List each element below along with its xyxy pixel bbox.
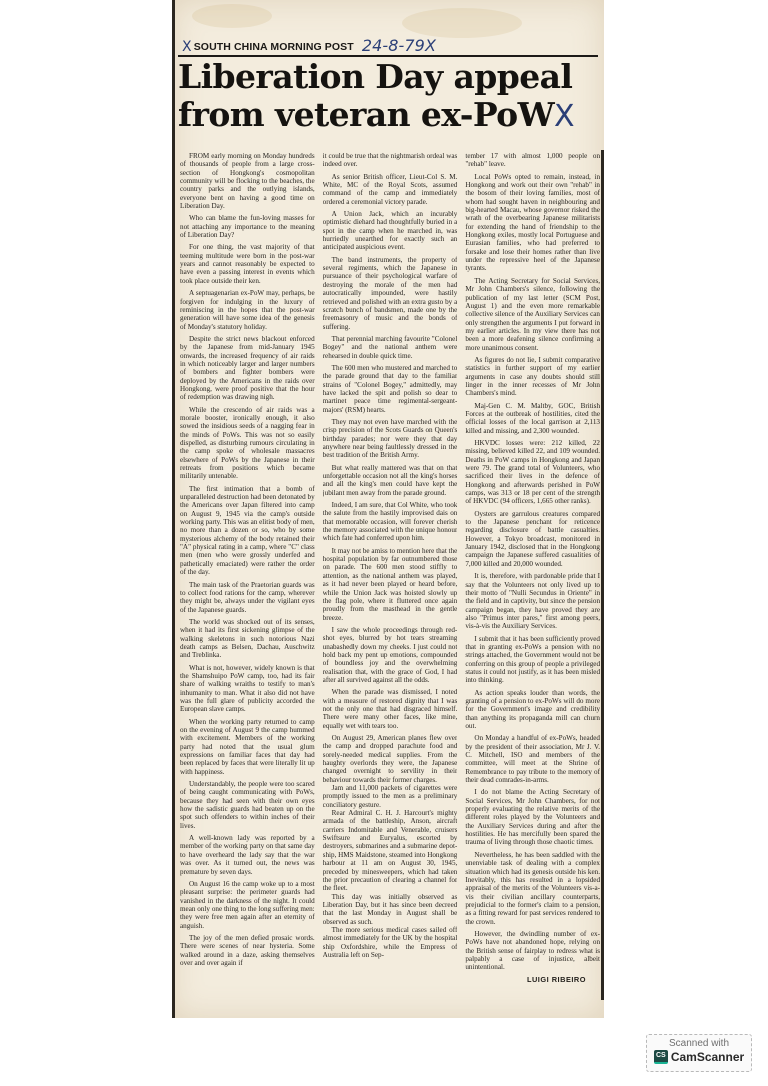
article-paragraph: The 600 men who mustered and marched to … xyxy=(323,364,458,414)
article-paragraph: The main task of the Praetorian guards w… xyxy=(180,581,315,614)
article-paragraph: Local PoWs opted to remain, instead, in … xyxy=(465,173,600,273)
article-paragraph: When the working party returned to camp … xyxy=(180,718,315,776)
article-paragraph: When the parade was dismissed, I noted w… xyxy=(323,688,458,730)
newspaper-clipping: XSOUTH CHINA MORNING POST24-8-79X Libera… xyxy=(172,0,604,1018)
article-paragraph: That perennial marching favourite "Colon… xyxy=(323,335,458,360)
article-paragraph: I submit that it has been sufficiently p… xyxy=(465,635,600,685)
article-paragraph: I saw the whole proceedings through red-… xyxy=(323,626,458,684)
article-paragraph: A septuagenarian ex-PoW may, perhaps, be… xyxy=(180,289,315,331)
article-paragraph: The Acting Secretary for Social Services… xyxy=(465,277,600,352)
article-paragraph: It is, therefore, with pardonable pride … xyxy=(465,572,600,630)
article-paragraph: What is not, however, widely known is th… xyxy=(180,664,315,714)
paper-stain xyxy=(192,4,272,28)
article-paragraph: As senior British officer, Lieut-Col S. … xyxy=(323,173,458,206)
article-paragraph: It may not be amiss to mention here that… xyxy=(323,547,458,622)
article-body: FROM early morning on Monday hundreds of… xyxy=(180,152,600,1010)
article-paragraph: Maj-Gen C. M. Maltby, GOC, British Force… xyxy=(465,402,600,435)
article-paragraph: On August 29, American planes flew over … xyxy=(323,734,458,784)
article-paragraph: Understandably, the people were too scar… xyxy=(180,780,315,830)
article-paragraph: A well-known lady was reported by a memb… xyxy=(180,834,315,876)
camscanner-logo-icon: CS xyxy=(654,1050,668,1064)
article-paragraph: Nevertheless, he has been saddled with t… xyxy=(465,851,600,926)
article-paragraph: On Monday a handful of ex-PoWs, headed b… xyxy=(465,734,600,784)
article-paragraph: As figures do not lie, I submit comparat… xyxy=(465,356,600,398)
headline-line-2: from veteran ex-PoWX xyxy=(178,96,598,136)
article-paragraph: The joy of the men defied prosaic words.… xyxy=(180,934,315,967)
article-paragraph: tember 17 with almost 1,000 people on "r… xyxy=(465,152,600,169)
article-paragraph: A Union Jack, which an incurably optimis… xyxy=(323,210,458,252)
article-paragraph: Jam and 11,000 packets of cigarettes wer… xyxy=(323,784,458,809)
camscanner-watermark: Scanned with CS CamScanner xyxy=(646,1034,752,1072)
article-paragraph: This day was initially observed as Liber… xyxy=(323,893,458,926)
masthead: XSOUTH CHINA MORNING POST24-8-79X xyxy=(182,35,597,51)
newspaper-name: SOUTH CHINA MORNING POST xyxy=(194,41,354,53)
article-paragraph: On August 16 the camp woke up to a most … xyxy=(180,880,315,930)
article-paragraph: They may not even have marched with the … xyxy=(323,418,458,460)
article-paragraph: Who can blame the fun-loving masses for … xyxy=(180,214,315,239)
article-paragraph: As action speaks louder than words, the … xyxy=(465,689,600,731)
article-paragraph: For one thing, the vast majority of that… xyxy=(180,243,315,285)
article-paragraph: FROM early morning on Monday hundreds of… xyxy=(180,152,315,210)
watermark-brand-name: CamScanner xyxy=(671,1050,744,1064)
article-paragraph: But what really mattered was that on tha… xyxy=(323,464,458,497)
handwritten-x-mark: X xyxy=(182,39,192,55)
article-column-3: tember 17 with almost 1,000 people on "r… xyxy=(465,152,600,1010)
article-paragraph: While the crescendo of air raids was a m… xyxy=(180,406,315,481)
handwritten-x-mark: X xyxy=(554,99,574,134)
article-paragraph: it could be true that the nightmarish or… xyxy=(323,152,458,169)
headline-line-1: Liberation Day appeal xyxy=(178,58,598,96)
article-paragraph: I do not blame the Acting Secretary of S… xyxy=(465,788,600,846)
article-paragraph: The band instruments, the property of se… xyxy=(323,256,458,331)
article-paragraph: The first intimation that a bomb of unpa… xyxy=(180,485,315,577)
paper-stain xyxy=(402,8,522,38)
article-paragraph: Indeed, I am sure, that Col White, who t… xyxy=(323,501,458,543)
article-paragraph: Oysters are garrulous creatures compared… xyxy=(465,510,600,568)
article-paragraph: The world was shocked out of its senses,… xyxy=(180,618,315,660)
watermark-caption: Scanned with xyxy=(647,1038,751,1049)
article-paragraph: HKVDC losses were: 212 killed, 22 missin… xyxy=(465,439,600,506)
article-paragraph: Despite the strict news blackout enforce… xyxy=(180,335,315,402)
watermark-brand: CS CamScanner xyxy=(647,1050,751,1064)
author-byline: LUIGI RIBEIRO xyxy=(465,976,600,984)
article-paragraph: Rear Admiral C. H. J. Harcourt's mighty … xyxy=(323,809,458,892)
article-paragraph: The more serious medical cases sailed of… xyxy=(323,926,458,959)
article-column-1: FROM early morning on Monday hundreds of… xyxy=(180,152,315,1010)
article-column-2: it could be true that the nightmarish or… xyxy=(323,152,458,1010)
headline: Liberation Day appeal from veteran ex-Po… xyxy=(178,58,598,136)
handwritten-date: 24-8-79X xyxy=(362,36,436,55)
article-paragraph: However, the dwindling number of ex-PoWs… xyxy=(465,930,600,972)
